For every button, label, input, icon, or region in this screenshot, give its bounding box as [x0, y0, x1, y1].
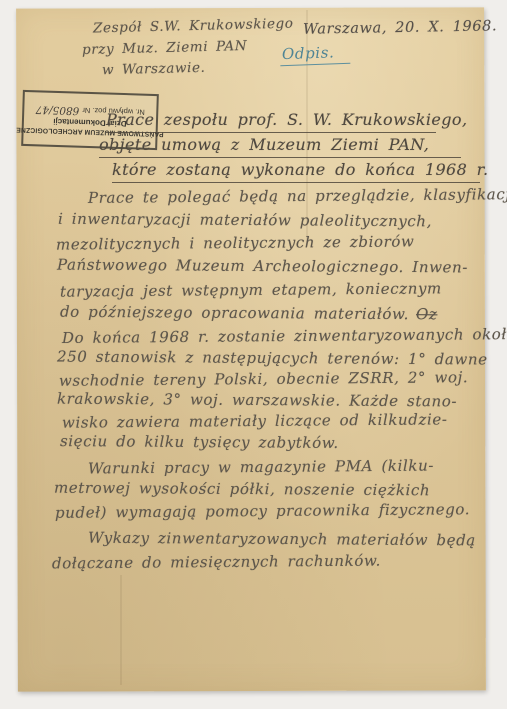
- copy-annotation: Odpis.: [280, 43, 351, 66]
- struck-word: Oz: [416, 305, 438, 323]
- handwritten-line: mezolitycznych i neolitycznych ze zbioró…: [56, 232, 415, 253]
- dateline: Warszawa, 20. X. 1968.: [303, 18, 497, 37]
- handwritten-text: do późniejszego opracowania materiałów.: [60, 303, 409, 323]
- handwritten-line: krakowskie, 3° woj. warszawskie. Każde s…: [57, 390, 457, 411]
- handwritten-line: Prace te polegać będą na przeglądzie, kl…: [88, 185, 507, 207]
- heading-line: które zostaną wykonane do końca 1968 r.: [112, 160, 480, 183]
- stamp-entry-number-handwritten: 6805/47: [36, 103, 80, 116]
- handwritten-line: dołączane do miesięcznych rachunków.: [52, 552, 381, 573]
- handwritten-line: pudeł) wymagają pomocy pracownika fizycz…: [55, 500, 470, 522]
- handwritten-line: wschodnie tereny Polski, obecnie ZSRR, 2…: [59, 368, 468, 390]
- scan-background: Zespół S.W. Krukowskiego przy Muz. Ziemi…: [0, 0, 507, 709]
- handwritten-line: wisko zawiera materiały liczące od kilku…: [62, 410, 448, 431]
- handwritten-line: taryzacja jest wstępnym etapem, konieczn…: [60, 279, 442, 300]
- handwritten-line: sięciu do kilku tysięcy zabytków.: [60, 432, 339, 452]
- paper-crease: [120, 575, 122, 685]
- handwritten-line: i inwentaryzacji materiałów paleolityczn…: [58, 210, 432, 231]
- handwritten-line: Wykazy zinwentaryzowanych materiałów będ…: [88, 529, 476, 550]
- handwritten-line: Państwowego Muzeum Archeologicznego. Inw…: [57, 256, 468, 277]
- heading-line: objęte umową z Muzeum Ziemi PAN,: [99, 135, 461, 158]
- heading-line: Prace zespołu prof. S. W. Krukowskiego,: [106, 110, 436, 133]
- handwritten-line: 250 stanowisk z następujących terenów: 1…: [57, 347, 488, 368]
- handwritten-line: do późniejszego opracowania materiałów.O…: [60, 303, 438, 324]
- handwritten-line: metrowej wysokości półki, noszenie ciężk…: [54, 479, 430, 500]
- sender-line: w Warszawie.: [102, 60, 206, 79]
- handwritten-line: Warunki pracy w magazynie PMA (kilku-: [88, 456, 434, 477]
